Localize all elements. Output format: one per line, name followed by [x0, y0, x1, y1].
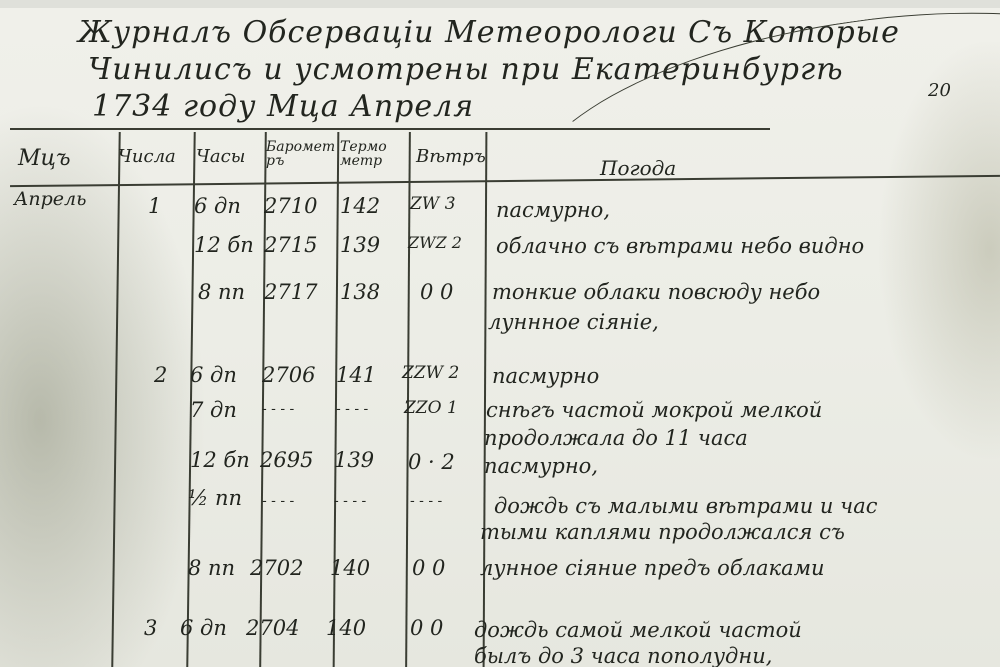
header-weather: Погода: [600, 158, 676, 178]
hour-cell: 6 дп: [190, 365, 237, 386]
wind-cell: ZZW 2: [402, 365, 459, 382]
header-day: Числа: [118, 148, 176, 166]
day-cell: 2: [154, 365, 167, 386]
barometer-cell: 2706: [262, 365, 315, 386]
wind-cell: ZZO 1: [404, 400, 458, 417]
header-thermometer: Термо метр: [340, 140, 404, 168]
barometer-cell: 2702: [250, 558, 303, 579]
hour-cell: 6 дп: [180, 618, 227, 639]
hour-cell: ½ пп: [188, 488, 242, 509]
header-hour: Часы: [196, 148, 245, 166]
day-cell: 3: [144, 618, 157, 639]
wind-cell: 0 0: [412, 558, 445, 579]
weather-cell: тыми каплями продолжался съ: [480, 522, 845, 543]
barometer-cell: 2704: [246, 618, 299, 639]
hour-cell: 6 дп: [194, 196, 241, 217]
barometer-cell: - - - -: [262, 402, 294, 416]
weather-cell: дождь самой мелкой частой: [474, 620, 802, 641]
hour-cell: 7 дп: [190, 400, 237, 421]
weather-cell: луннное сіяніе,: [488, 312, 659, 333]
wind-cell: 0 0: [410, 618, 443, 639]
weather-cell: пасмурно: [492, 366, 599, 387]
thermometer-cell: 141: [336, 365, 376, 386]
hour-cell: 8 пп: [188, 558, 235, 579]
barometer-cell: - - - -: [262, 494, 294, 508]
wind-cell: ZW 3: [410, 196, 456, 213]
wind-cell: ZWZ 2: [408, 235, 462, 251]
wind-cell: 0 · 2: [408, 452, 455, 473]
weather-cell: дождь съ малыми вѣтрами и час: [494, 496, 877, 517]
thermometer-cell: 142: [340, 196, 380, 217]
day-cell: 1: [148, 196, 161, 217]
barometer-cell: 2717: [264, 282, 317, 303]
thermometer-cell: - - - -: [334, 494, 366, 508]
header-month: Мцъ: [18, 148, 71, 170]
barometer-cell: 2710: [264, 196, 317, 217]
thermometer-cell: - - - -: [336, 402, 368, 416]
hour-cell: 8 пп: [198, 282, 245, 303]
weather-cell: лунное сіяние предъ облаками: [480, 558, 825, 579]
weather-cell: былъ до 3 часа пополудни,: [474, 646, 772, 667]
weather-cell: тонкие облаки повсюду небо: [492, 282, 820, 303]
header-wind: Вѣтръ: [416, 148, 486, 166]
weather-cell: пасмурно,: [484, 456, 598, 477]
wind-cell: 0 0: [420, 282, 453, 303]
thermometer-cell: 140: [330, 558, 370, 579]
thermometer-cell: 139: [340, 235, 380, 256]
weather-cell: пасмурно,: [496, 200, 610, 221]
thermometer-cell: 139: [334, 450, 374, 471]
weather-cell: продолжала до 11 часа: [484, 428, 748, 449]
thermometer-cell: 138: [340, 282, 380, 303]
page-edge: [0, 0, 1000, 8]
wind-cell: - - - -: [410, 494, 442, 508]
title-line-3: 1734 году Мца Апреля: [92, 92, 474, 122]
hour-cell: 12 бп: [190, 450, 250, 471]
month-value: Апрель: [14, 190, 86, 209]
barometer-cell: 2695: [260, 450, 313, 471]
header-barometer: Баромет ръ: [266, 140, 332, 168]
thermometer-cell: 140: [326, 618, 366, 639]
hour-cell: 12 бп: [194, 235, 254, 256]
weather-cell: снѣгъ частой мокрой мелкой: [486, 400, 822, 421]
barometer-cell: 2715: [264, 235, 317, 256]
weather-cell: облачно съ вѣтрами небо видно: [496, 236, 864, 257]
